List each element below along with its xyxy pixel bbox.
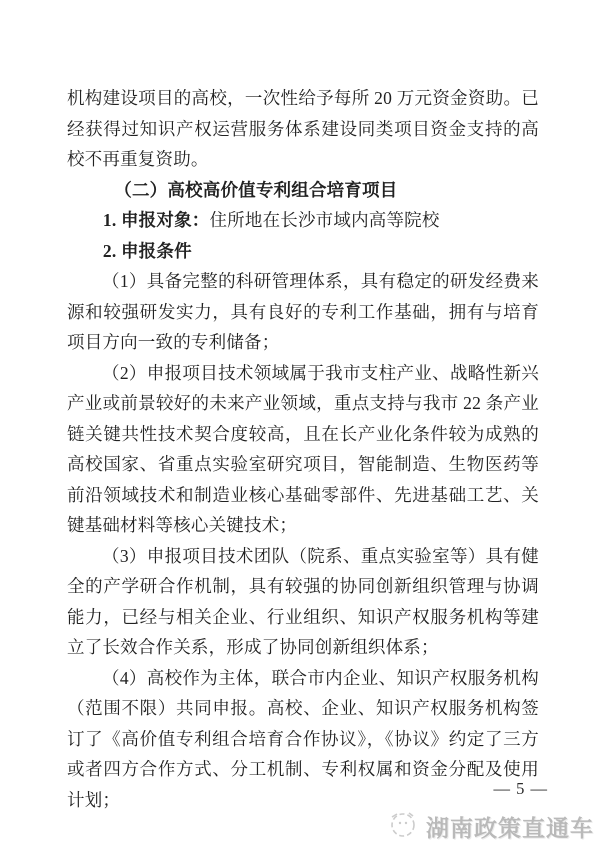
page-number: — 5 — — [494, 779, 549, 799]
condition-paragraph-4: （4）高校作为主体，联合市内企业、知识产权服务机构（范围不限）共同申报。高校、企… — [67, 663, 539, 816]
section-heading: （二）高校高价值专利组合培育项目 — [67, 175, 539, 206]
list-item-value: 住所地在长沙市域内高等院校 — [209, 210, 439, 230]
condition-paragraph-1: （1）具备完整的科研管理体系，具有稳定的研发经费来源和较强研发实力，具有良好的专… — [67, 266, 539, 358]
list-item-label: 1. 申报对象： — [103, 210, 210, 230]
document-page: 机构建设项目的高校，一次性给予每所 20 万元资金资助。已经获得过知识产权运营服… — [0, 0, 600, 849]
list-item-application-conditions: 2. 申报条件 — [67, 236, 539, 267]
condition-paragraph-3: （3）申报项目技术团队（院系、重点实验室等）具有健全的产学研合作机制，具有较强的… — [67, 541, 539, 663]
condition-paragraph-2: （2）申报项目技术领域属于我市支柱产业、战略性新兴产业或前景较好的未来产业领域，… — [67, 358, 539, 541]
document-body: 机构建设项目的高校，一次性给予每所 20 万元资金资助。已经获得过知识产权运营服… — [67, 83, 539, 815]
list-item-application-target: 1. 申报对象：住所地在长沙市域内高等院校 — [67, 205, 539, 236]
body-paragraph-continuation: 机构建设项目的高校，一次性给予每所 20 万元资金资助。已经获得过知识产权运营服… — [67, 83, 539, 175]
watermark: 湖南政策直通车 — [385, 809, 594, 844]
watermark-text: 湖南政策直通车 — [426, 810, 594, 843]
mascot-logo-icon — [385, 809, 419, 844]
